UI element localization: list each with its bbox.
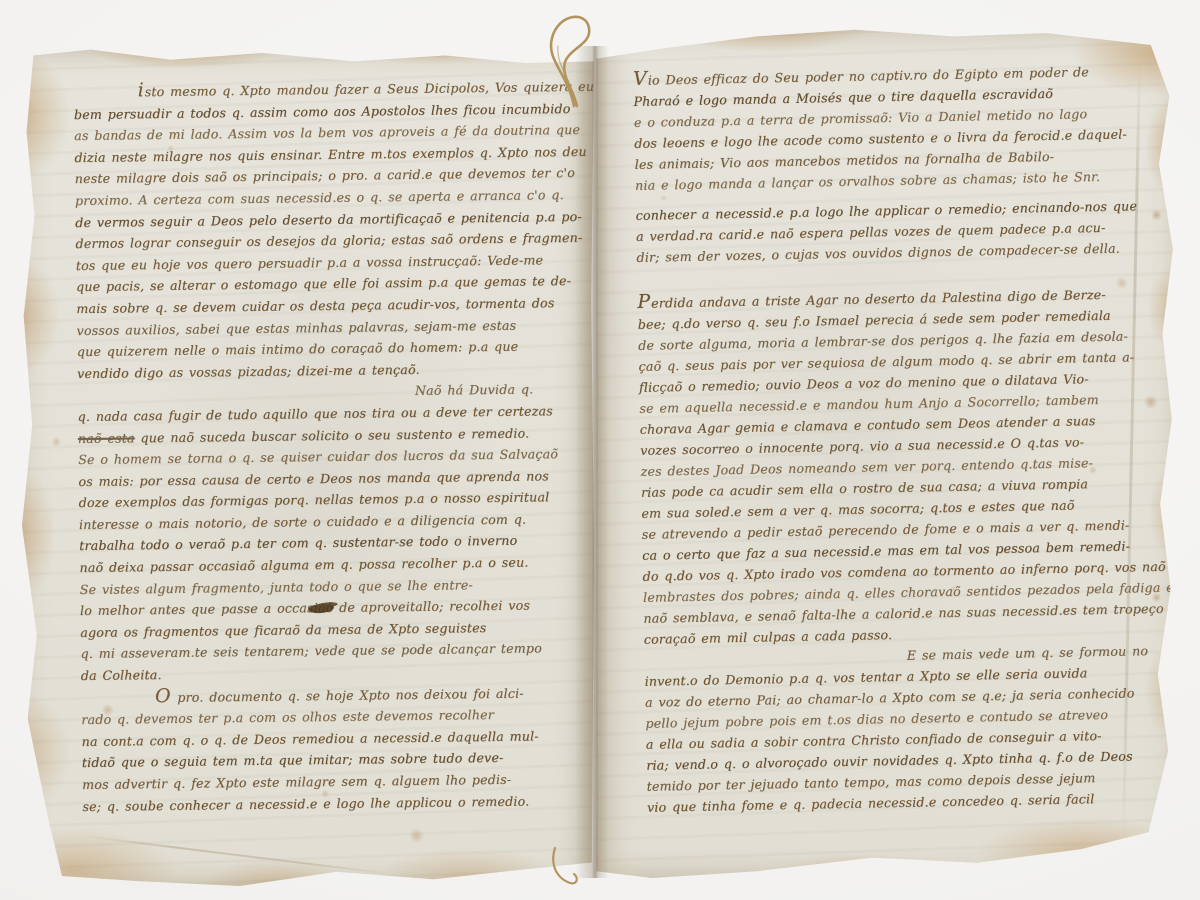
left-page-text: isto mesmo q. Xpto mandou fazer a Seus D… bbox=[74, 75, 583, 817]
right-page: Vio Deos efficaz do Seu poder no captiv.… bbox=[594, 28, 1174, 878]
crease-line-left bbox=[83, 835, 391, 875]
manuscript-photo: isto mesmo q. Xpto mandou fazer a Seus D… bbox=[0, 0, 1200, 900]
right-page-text: Vio Deos efficaz do Seu poder no captiv.… bbox=[633, 59, 1153, 818]
left-page: isto mesmo q. Xpto mandou fazer a Seus D… bbox=[22, 48, 594, 886]
